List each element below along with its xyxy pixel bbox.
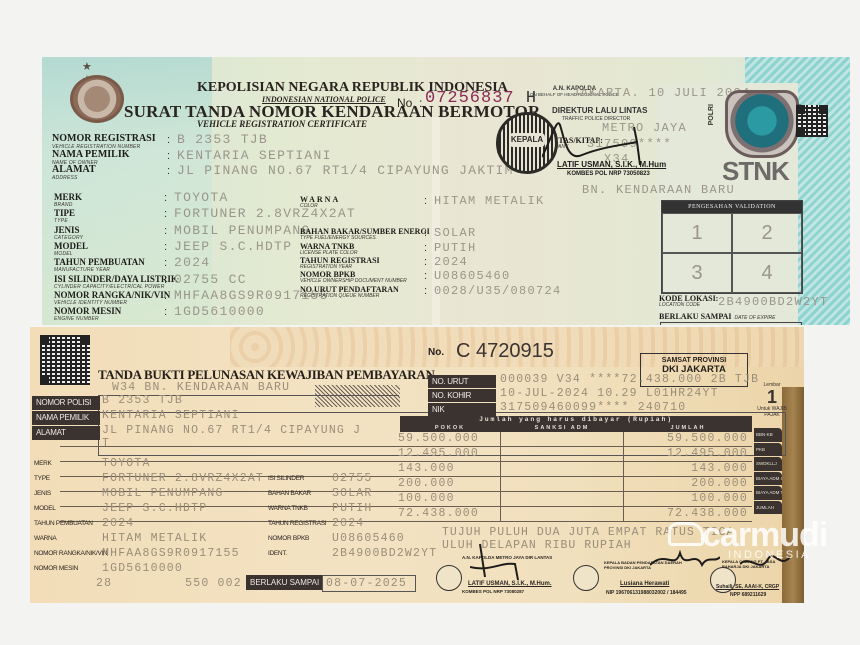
- field-value: U08605460: [434, 269, 511, 283]
- vehicle-value: FORTUNER 2.8VRZ4X2AT: [102, 472, 264, 485]
- jumlah-value: 12.495.000: [624, 447, 752, 461]
- validation-header: PENGESAHAN VALIDATION: [662, 201, 802, 213]
- stnk-logo: STNK: [722, 156, 789, 187]
- field-label: NOMOR RANGKA/NIK/VIN: [54, 290, 170, 300]
- colon: :: [164, 192, 167, 204]
- meta-label: NO. URUT: [428, 375, 496, 388]
- field-label-block: TAHUN REGISTRASI REGISTRATION YEAR: [300, 256, 380, 270]
- vehicle-value: JEEP S.C.HDTP: [102, 502, 207, 515]
- vehicle-value: SOLAR: [332, 487, 373, 500]
- hologram-icon: [725, 90, 799, 158]
- field-label-block: NOMOR RANGKA/NIK/VIN VEHICLE IDENTITY NU…: [54, 290, 170, 306]
- receipt-number-label: No.: [428, 347, 444, 358]
- colon: :: [164, 257, 167, 269]
- colon: :: [164, 225, 167, 237]
- signatory-id: NIP 196706131988032002 / 184495: [606, 590, 687, 596]
- field-sub: BRAND: [54, 202, 82, 208]
- expiry-date: 08-07-2029: [661, 323, 801, 325]
- sanksi-value: [500, 477, 624, 491]
- field-sub: VEHICLE IDENTITY NUMBER: [54, 300, 170, 306]
- vehicle-value: HITAM METALIK: [102, 532, 207, 545]
- location-code-sub: LOCATION CODE: [659, 303, 718, 308]
- vehicle-label: TAHUN REGISTRASI: [268, 520, 326, 527]
- field-value: JL PINANG NO.67 RT1/4 CIPAYUNG JAKTIM: [177, 163, 514, 178]
- field-label: ALAMAT: [52, 165, 96, 175]
- vehicle-label: BAHAN BAKAR: [268, 490, 311, 497]
- validation-box: PENGESAHAN VALIDATION 1 2 3 4: [661, 200, 803, 294]
- owner-value: B 2353 TJB: [102, 394, 183, 407]
- vehicle-value: 2B4900BD2W2YT: [332, 547, 437, 560]
- qr-code-icon: [40, 335, 90, 385]
- watermark-region: INDONESIA: [728, 549, 811, 561]
- meta-value: 10-JUL-2024 10.29 L01HR24YT: [500, 387, 719, 400]
- field-value: PUTIH: [434, 241, 477, 255]
- field-value: 1GD5610000: [174, 304, 265, 319]
- signatory-id: NPP 689211629: [730, 592, 766, 598]
- fee-type-tab: PKB: [754, 443, 782, 457]
- field-value: SOLAR: [434, 226, 477, 240]
- colon: :: [424, 227, 427, 239]
- vehicle-label: IDENT.: [268, 550, 287, 557]
- field-sub: ADDRESS: [52, 175, 96, 181]
- colon: :: [424, 256, 427, 268]
- field-sub: VEHICLE OWNERSHIP DOCUMENT NUMBER: [300, 279, 407, 284]
- field-label: NAMA PEMILIK: [52, 150, 130, 160]
- expiry-label: BERLAKU SAMPAI: [246, 575, 322, 590]
- field-sub: CATEGORY: [54, 235, 83, 241]
- vehicle-label: NOMOR RANGKA/NIK/VIN: [34, 550, 107, 557]
- signature-icon: [470, 542, 530, 582]
- colon: :: [164, 306, 167, 318]
- field-value: 0028/U35/080724: [434, 284, 562, 298]
- pokok-value: 59.500.000: [60, 432, 500, 446]
- validation-cell: 4: [732, 253, 802, 293]
- field-label-block: NOMOR REGISTRASI VEHICLE REGISTRATION NU…: [52, 134, 156, 150]
- col-jumlah: JUMLAH: [624, 424, 752, 432]
- copy-number: 1: [750, 388, 794, 406]
- field-value: B 2353 TJB: [177, 132, 268, 147]
- expiry-date: 08-07-2025: [323, 576, 415, 591]
- fee-type-tab: BIAYA ADM TNKB: [754, 486, 782, 500]
- colon: :: [424, 285, 427, 297]
- field-value: 2024: [174, 255, 210, 270]
- field-label-block: JENIS CATEGORY: [54, 225, 83, 241]
- field-sub: COLOR: [300, 204, 340, 209]
- police-emblem-icon: [70, 75, 124, 123]
- field-label: NOMOR REGISTRASI: [52, 134, 156, 144]
- expiry-label-block: BERLAKU SAMPAI DATE OF EXPIRE: [659, 312, 775, 321]
- vehicle-label: MODEL: [34, 505, 56, 512]
- location-code: 2B4900BD2W2YT: [718, 295, 829, 309]
- field-value: HITAM METALIK: [434, 194, 545, 208]
- fee-type-tab: JUMLAH: [754, 501, 782, 515]
- field-label-block: NO URUT PENDAFTARAN REGISTRATION QUEUE N…: [300, 285, 399, 299]
- vehicle-value: 2024: [332, 517, 364, 530]
- field-label: NOMOR MESIN: [54, 306, 121, 316]
- field-label: JENIS: [54, 225, 83, 235]
- field-value: KENTARIA SEPTIANI: [177, 148, 332, 163]
- expiry-box: 08-07-2025: [322, 575, 416, 592]
- field-label: TIPE: [54, 208, 75, 218]
- field-label-block: TAHUN PEMBUATAN MANUFACTURE YEAR: [54, 257, 145, 273]
- field-label-block: TIPE TYPE: [54, 208, 75, 224]
- dki-seal-icon: [573, 565, 599, 591]
- field-value: 2024: [434, 255, 468, 269]
- meta-label: NIK: [428, 403, 496, 416]
- field-sub: REGISTRATION QUEUE NUMBER: [300, 294, 399, 299]
- field-sub: TYPE FUEL/ENERGY SOURCES: [300, 236, 430, 241]
- expiry-label: BERLAKU SAMPAI: [659, 312, 732, 321]
- signatory-name: Suhaili, SE, AAAI-K, CRGP: [716, 584, 779, 590]
- fee-type-tab: BIAYA ADM STNK: [754, 472, 782, 486]
- vehicle-value: MHFAA8GS9R0917155: [102, 547, 240, 560]
- field-value: JEEP S.C.HDTP: [174, 239, 292, 254]
- receipt-number: C 4720915: [456, 340, 554, 363]
- signer-name: LATIF USMAN, S.I.K., M.Hum: [557, 160, 666, 169]
- sanksi-value: [500, 447, 624, 461]
- sanksi-value: [500, 462, 624, 476]
- colon: :: [164, 274, 167, 286]
- signer-title2: DIREKTUR LALU LINTAS: [552, 106, 647, 115]
- issue-place-date: JAKARTA. 10 JULI 2024: [572, 86, 751, 100]
- fee-type-tab: SWDKLLJ: [754, 457, 782, 471]
- vehicle-value: TOYOTA: [102, 457, 151, 470]
- colon: :: [167, 165, 170, 177]
- sanksi-value: [500, 492, 624, 506]
- vehicle-label: NOMOR BPKB: [268, 535, 309, 542]
- table-row: 59.500.000 59.500.000: [60, 432, 752, 447]
- vehicle-label: NOMOR MESIN: [34, 565, 78, 572]
- police-seal-icon: [436, 565, 462, 591]
- document-number: 07256837 H: [425, 89, 537, 108]
- signer-rank: KOMBES POL NRP 73050823: [567, 171, 650, 177]
- field-value: TOYOTA: [174, 190, 229, 205]
- fee-type-tabs: BBN-KBPKBSWDKLLJBIAYA ADM STNKBIAYA ADM …: [754, 428, 782, 515]
- meta-value: 317509460099**** 240710: [500, 401, 686, 414]
- vehicle-value: PUTIH: [332, 502, 373, 515]
- vehicle-value: 02755: [332, 472, 373, 485]
- meta-label: NO. KOHIR: [428, 389, 496, 402]
- jumlah-value: 143.000: [624, 462, 752, 476]
- field-label-block: NOMOR MESIN ENGINE NUMBER: [54, 306, 121, 322]
- jumlah-value: 200.000: [624, 477, 752, 491]
- vehicle-label: WARNA TNKB: [268, 505, 308, 512]
- hologram-text-left: POLRI: [708, 104, 715, 125]
- validation-cell: 1: [662, 213, 732, 253]
- qr-code-icon: [796, 105, 828, 137]
- validation-grid: 1 2 3 4: [662, 213, 802, 293]
- expiry-box: 08-07-2029: [660, 322, 802, 325]
- field-sub: CYLINDER CAPACITY/ELECTRICAL POWER: [54, 284, 178, 290]
- field-sub: MANUFACTURE YEAR: [54, 267, 145, 273]
- field-value: MOBIL PENUMPANG: [174, 223, 311, 238]
- vehicle-label: TYPE: [34, 475, 50, 482]
- field-label-block: BAHAN BAKAR/SUMBER ENERGI TYPE FUEL/ENER…: [300, 227, 430, 241]
- carmudi-car-icon: [668, 522, 704, 546]
- field-value: 02755 CC: [174, 272, 247, 287]
- number-label: No. :: [397, 96, 422, 110]
- colon: :: [164, 208, 167, 220]
- number-digits: 07256837: [425, 89, 515, 108]
- payment-table: Jumlah yang harus dibayar (Rupiah): [30, 416, 752, 424]
- field-label-block: WARNA TNKB LICENSE PLATE COLOR: [300, 242, 357, 256]
- registration-note: BN. KENDARAAN BARU: [582, 183, 735, 197]
- stamp-text: KEPALA: [509, 133, 545, 147]
- field-label: ISI SILINDER/DAYA LISTRIK: [54, 274, 178, 284]
- field-label-block: ALAMAT ADDRESS: [52, 165, 96, 181]
- field-label: TAHUN PEMBUATAN: [54, 257, 145, 267]
- field-label: MODEL: [54, 241, 88, 251]
- location-code-label-block: KODE LOKASI: LOCATION CODE: [659, 294, 718, 308]
- field-sub: ENGINE NUMBER: [54, 316, 121, 322]
- vehicle-label: ISI SILINDER: [268, 475, 304, 482]
- owner-label: NOMOR POLISI: [32, 396, 100, 410]
- payment-receipt: TANDA BUKTI PELUNASAN KEWAJIBAN PEMBAYAR…: [30, 327, 804, 603]
- receipt-subtitle: W34 BN. KENDARAAN BARU: [112, 381, 290, 394]
- field-label: MERK: [54, 192, 82, 202]
- table-row: 12.495.000 12.495.000: [60, 447, 752, 462]
- samsat-line1: SAMSAT PROVINSI: [641, 357, 747, 364]
- colon: :: [424, 270, 427, 282]
- validation-cell: 2: [732, 213, 802, 253]
- vehicle-label: WARNA: [34, 535, 56, 542]
- colon: :: [424, 242, 427, 254]
- vehicle-value: 2024: [102, 517, 134, 530]
- field-label-block: WARNA COLOR: [300, 195, 340, 209]
- jumlah-value: 100.000: [624, 492, 752, 506]
- jumlah-value: 59.500.000: [624, 432, 752, 446]
- colon: :: [164, 241, 167, 253]
- validation-cell: 3: [662, 253, 732, 293]
- field-label-block: MODEL MODEL: [54, 241, 88, 257]
- colon: :: [164, 290, 167, 302]
- col-sanksi: SANKSI ADM: [500, 424, 624, 432]
- table-title: Jumlah yang harus dibayar (Rupiah): [400, 416, 752, 424]
- expiry-sub: DATE OF EXPIRE: [735, 316, 776, 321]
- col-pokok: POKOK: [400, 424, 500, 432]
- field-label-block: ISI SILINDER/DAYA LISTRIK CYLINDER CAPAC…: [54, 274, 178, 290]
- vehicle-label: MERK: [34, 460, 52, 467]
- meta-value: 000039 V34 ****72.438.000 2B TJB: [500, 373, 759, 386]
- vehicle-label: JENIS: [34, 490, 51, 497]
- vehicle-value: U08605460: [332, 532, 405, 545]
- signatory-name: Lusiana Herawati: [620, 581, 669, 587]
- vehicle-value: MOBIL PENUMPANG: [102, 487, 224, 500]
- vehicle-label: TAHUN PEMBUATAN: [34, 520, 93, 527]
- sanksi-value: [500, 507, 624, 521]
- sanksi-value: [500, 432, 624, 446]
- vehicle-value: 1GD5610000: [102, 562, 183, 575]
- field-label-block: MERK BRAND: [54, 192, 82, 208]
- colon: :: [167, 134, 170, 146]
- field-sub: TYPE: [54, 218, 75, 224]
- colon: :: [424, 195, 427, 207]
- field-sub: MODEL: [54, 251, 88, 257]
- colon: :: [167, 150, 170, 162]
- signatory-id: KOMBES POL NRP 73080287: [462, 589, 524, 594]
- stnk-card: ★★★ KEPOLISIAN NEGARA REPUBLIK INDONESIA…: [42, 57, 850, 325]
- table-header: POKOK SANKSI ADM JUMLAH: [400, 424, 752, 432]
- fee-type-tab: BBN-KB: [754, 428, 782, 442]
- bottom-code: 28 550 002: [96, 577, 242, 590]
- document-title-en: VEHICLE REGISTRATION CERTIFICATE: [197, 119, 367, 129]
- field-label-block: NOMOR BPKB VEHICLE OWNERSHIP DOCUMENT NU…: [300, 270, 407, 284]
